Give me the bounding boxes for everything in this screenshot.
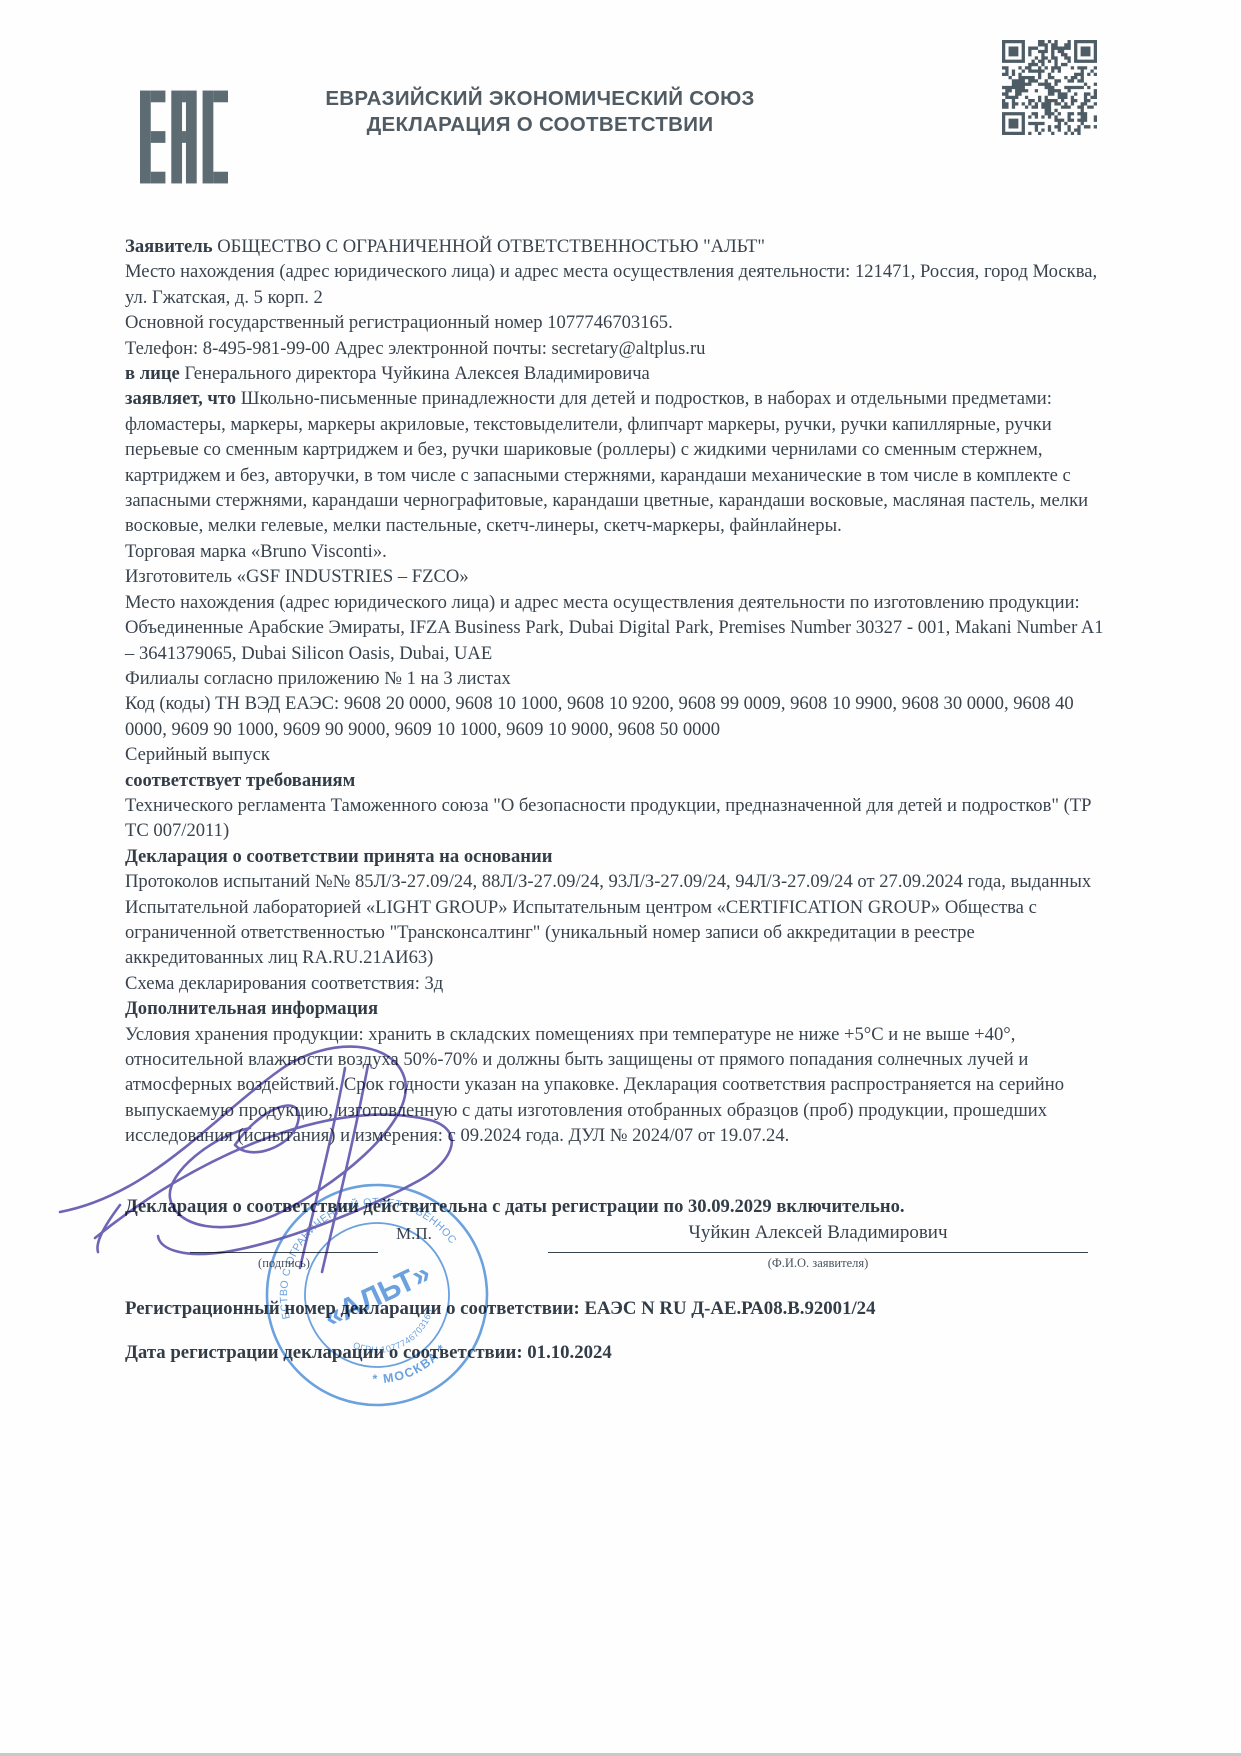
text-segment: Технического регламента Таможенного союз… <box>125 795 1092 841</box>
paragraph: Дополнительная информация <box>125 996 1117 1021</box>
mp-label: М.П. <box>396 1224 432 1244</box>
paragraph: соответствует требованиям <box>125 768 1117 793</box>
company-stamp-icon: ОБЩЕСТВО С ОГРАНИЧЕННОЙ ОТВЕТСТВЕННОСТЬЮ… <box>231 1149 523 1441</box>
text-segment: Место нахождения (адрес юридического лиц… <box>125 592 1104 664</box>
paragraph: Технического регламента Таможенного союз… <box>125 793 1117 844</box>
text-segment: заявляет, что <box>125 388 241 409</box>
text-segment: Школьно-письменные принадлежности для де… <box>125 388 1088 536</box>
text-segment: Схема декларирования соответствия: 3д <box>125 973 443 994</box>
paragraph: Схема декларирования соответствия: 3д <box>125 971 1117 996</box>
text-segment: Филиалы согласно приложению № 1 на 3 лис… <box>125 668 511 689</box>
title-line-1: ЕВРАЗИЙСКИЙ ЭКОНОМИЧЕСКИЙ СОЮЗ <box>280 86 800 112</box>
paragraph: Место нахождения (адрес юридического лиц… <box>125 590 1117 666</box>
paragraph: Телефон: 8-495-981-99-00 Адрес электронн… <box>125 336 1117 361</box>
text-segment: Условия хранения продукции: хранить в ск… <box>125 1024 1064 1147</box>
text-segment: Декларация о соответствии принята на осн… <box>125 846 552 867</box>
paragraph: Декларация о соответствии принята на осн… <box>125 844 1117 869</box>
text-segment: в лице <box>125 363 184 384</box>
document-title: ЕВРАЗИЙСКИЙ ЭКОНОМИЧЕСКИЙ СОЮЗ ДЕКЛАРАЦИ… <box>280 86 800 138</box>
qr-code-pattern <box>1002 40 1097 135</box>
paragraph: заявляет, что Школьно-письменные принадл… <box>125 386 1117 538</box>
text-segment: Заявитель <box>125 236 217 257</box>
validity-line: Декларация о соответствии действительна … <box>125 1196 1117 1218</box>
text-segment: Дополнительная информация <box>125 998 378 1019</box>
eac-logo-icon <box>140 90 228 184</box>
paragraph: Код (коды) ТН ВЭД ЕАЭС: 9608 20 0000, 96… <box>125 691 1117 742</box>
document-body: Заявитель ОБЩЕСТВО С ОГРАНИЧЕННОЙ ОТВЕТС… <box>125 234 1117 1149</box>
eac-logo-glyphs <box>140 90 228 184</box>
paragraph: Протоколов испытаний №№ 85Л/З-27.09/24, … <box>125 869 1117 971</box>
paragraph: Изготовитель «GSF INDUSTRIES – FZCO» <box>125 564 1117 589</box>
paragraph: в лице Генерального директора Чуйкина Ал… <box>125 361 1117 386</box>
registration-number-line: Регистрационный номер декларации о соотв… <box>125 1298 1125 1320</box>
text-segment: Телефон: 8-495-981-99-00 Адрес электронн… <box>125 338 705 359</box>
text-segment: соответствует требованиям <box>125 770 355 791</box>
declaration-document: ЕВРАЗИЙСКИЙ ЭКОНОМИЧЕСКИЙ СОЮЗ ДЕКЛАРАЦИ… <box>0 0 1241 1756</box>
name-line <box>548 1252 1088 1253</box>
registration-number-label: Регистрационный номер декларации о соотв… <box>125 1298 585 1319</box>
paragraph: Место нахождения (адрес юридического лиц… <box>125 259 1117 310</box>
registration-date-value: 01.10.2024 <box>527 1342 612 1363</box>
registration-number-value: ЕАЭС N RU Д-АЕ.РА08.В.92001/24 <box>585 1298 876 1319</box>
paragraph: Серийный выпуск <box>125 742 1117 767</box>
text-segment: Изготовитель «GSF INDUSTRIES – FZCO» <box>125 566 469 587</box>
text-segment: Генерального директора Чуйкина Алексея В… <box>184 363 649 384</box>
paragraph: Условия хранения продукции: хранить в ск… <box>125 1022 1117 1149</box>
text-segment: ОБЩЕСТВО С ОГРАНИЧЕННОЙ ОТВЕТСТВЕННОСТЬЮ… <box>217 236 765 257</box>
name-caption: (Ф.И.О. заявителя) <box>548 1256 1088 1271</box>
text-segment: Протоколов испытаний №№ 85Л/З-27.09/24, … <box>125 871 1091 968</box>
signature-line <box>190 1252 378 1253</box>
text-segment: Место нахождения (адрес юридического лиц… <box>125 261 1097 307</box>
registration-date-line: Дата регистрации декларации о соответств… <box>125 1342 1125 1364</box>
declarant-name: Чуйкин Алексей Владимирович <box>548 1222 1088 1244</box>
paragraph: Торговая марка «Bruno Visconti». <box>125 539 1117 564</box>
paragraph: Основной государственный регистрационный… <box>125 310 1117 335</box>
text-segment: Серийный выпуск <box>125 744 270 765</box>
qr-code-icon <box>1002 40 1097 135</box>
paragraph: Заявитель ОБЩЕСТВО С ОГРАНИЧЕННОЙ ОТВЕТС… <box>125 234 1117 259</box>
title-line-2: ДЕКЛАРАЦИЯ О СООТВЕТСТВИИ <box>280 112 800 138</box>
text-segment: Код (коды) ТН ВЭД ЕАЭС: 9608 20 0000, 96… <box>125 693 1074 739</box>
text-segment: Основной государственный регистрационный… <box>125 312 673 333</box>
registration-date-label: Дата регистрации декларации о соответств… <box>125 1342 527 1363</box>
text-segment: Торговая марка «Bruno Visconti». <box>125 541 387 562</box>
signature-caption: (подпись) <box>190 1256 378 1271</box>
paragraph: Филиалы согласно приложению № 1 на 3 лис… <box>125 666 1117 691</box>
qr-modules <box>1002 40 1097 135</box>
